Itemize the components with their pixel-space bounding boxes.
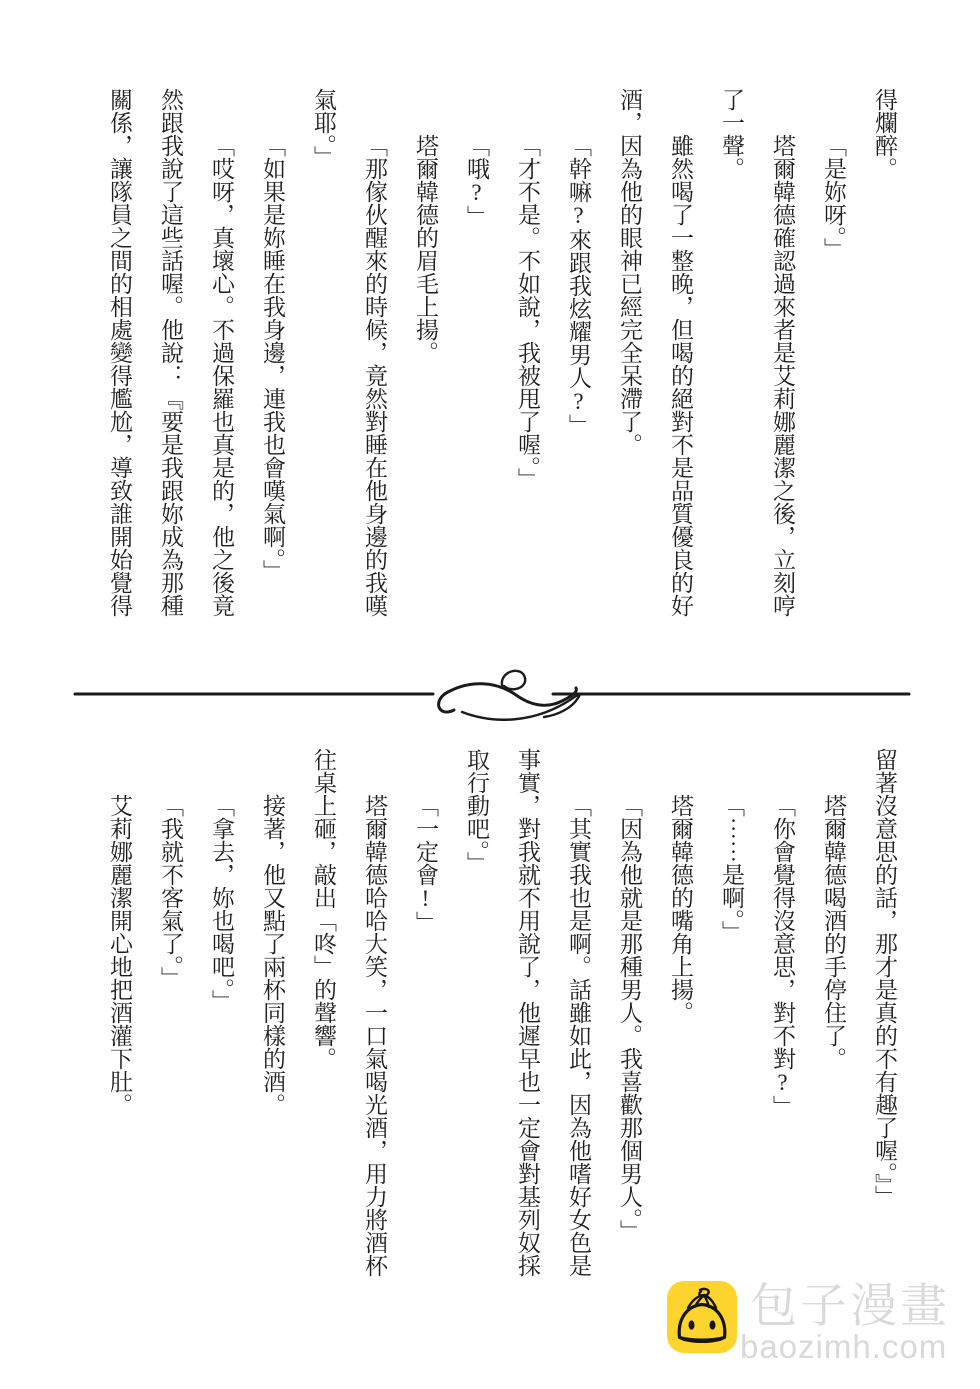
baozi-bun-icon (667, 1281, 737, 1353)
paragraph: 「我就不客氣了。」 (145, 748, 196, 1283)
paragraph: 塔爾韓德喝酒的手停住了。 (808, 748, 859, 1283)
section-divider (72, 668, 912, 728)
paragraph: 「拿去，妳也喝吧。」 (196, 748, 247, 1283)
top-text-section: 得爛醉。 「是妳呀。」 塔爾韓德確認過來者是艾莉娜麗潔之後，立刻哼了一聲。 雖然… (88, 88, 910, 623)
paragraph: 塔爾韓德哈哈大笑，一口氣喝光酒，用力將酒杯往桌上砸，敲出「咚」的聲響。 (298, 748, 400, 1283)
paragraph: 艾莉娜麗潔開心地把酒灌下肚。 (94, 748, 145, 1283)
paragraph: 「哦?」 (451, 88, 502, 623)
paragraph: 塔爾韓德確認過來者是艾莉娜麗潔之後，立刻哼了一聲。 (706, 88, 808, 623)
paragraph: 「如果是妳睡在我身邊，連我也會嘆氣啊。」 (247, 88, 298, 623)
watermark: 包子漫畫 baozimh.com (667, 1279, 959, 1365)
calligraphic-flourish-icon (72, 668, 912, 728)
paragraph: 「⋯⋯是啊。」 (706, 748, 757, 1283)
paragraph: 「幹嘛?來跟我炫耀男人?」 (553, 88, 604, 623)
paragraph: 「因為他就是那種男人。我喜歡那個男人。」 (604, 748, 655, 1283)
paragraph: 「一定會!」 (400, 748, 451, 1283)
paragraph: 雖然喝了一整晚，但喝的絕對不是品質優良的好酒，因為他的眼神已經完全呆滯了。 (604, 88, 706, 623)
watermark-brand-name: 包子漫畫 (750, 1281, 950, 1331)
baozi-bun-face (667, 1281, 737, 1353)
paragraph: 「是妳呀。」 (808, 88, 859, 623)
paragraph: 「哎呀，真壞心。不過保羅也真是的，他之後竟然跟我說了這些話喔。他說：『要是我跟妳… (94, 88, 247, 623)
watermark-brand-url: baozimh.com (740, 1329, 947, 1365)
paragraph: 「其實我也是啊。話雖如此，因為他嗜好女色是事實，對我就不用說了，他遲早也一定會對… (451, 748, 604, 1283)
paragraph: 「才不是。不如說，我被甩了喔。」 (502, 88, 553, 623)
paragraph: 塔爾韓德的眉毛上揚。 (400, 88, 451, 623)
bottom-text-section: 留著沒意思的話，那才是真的不有趣了喔。』」 塔爾韓德喝酒的手停住了。 「你會覺得… (88, 748, 910, 1283)
paragraph: 「那傢伙醒來的時候，竟然對睡在他身邊的我嘆氣耶。」 (298, 88, 400, 623)
paragraph: 得爛醉。 (859, 88, 910, 623)
paragraph: 接著，他又點了兩杯同樣的酒。 (247, 748, 298, 1283)
paragraph: 塔爾韓德的嘴角上揚。 (655, 748, 706, 1283)
paragraph: 「你會覺得沒意思，對不對?」 (757, 748, 808, 1283)
novel-page: 得爛醉。 「是妳呀。」 塔爾韓德確認過來者是艾莉娜麗潔之後，立刻哼了一聲。 雖然… (0, 0, 980, 1389)
paragraph: 留著沒意思的話，那才是真的不有趣了喔。』」 (859, 748, 910, 1283)
